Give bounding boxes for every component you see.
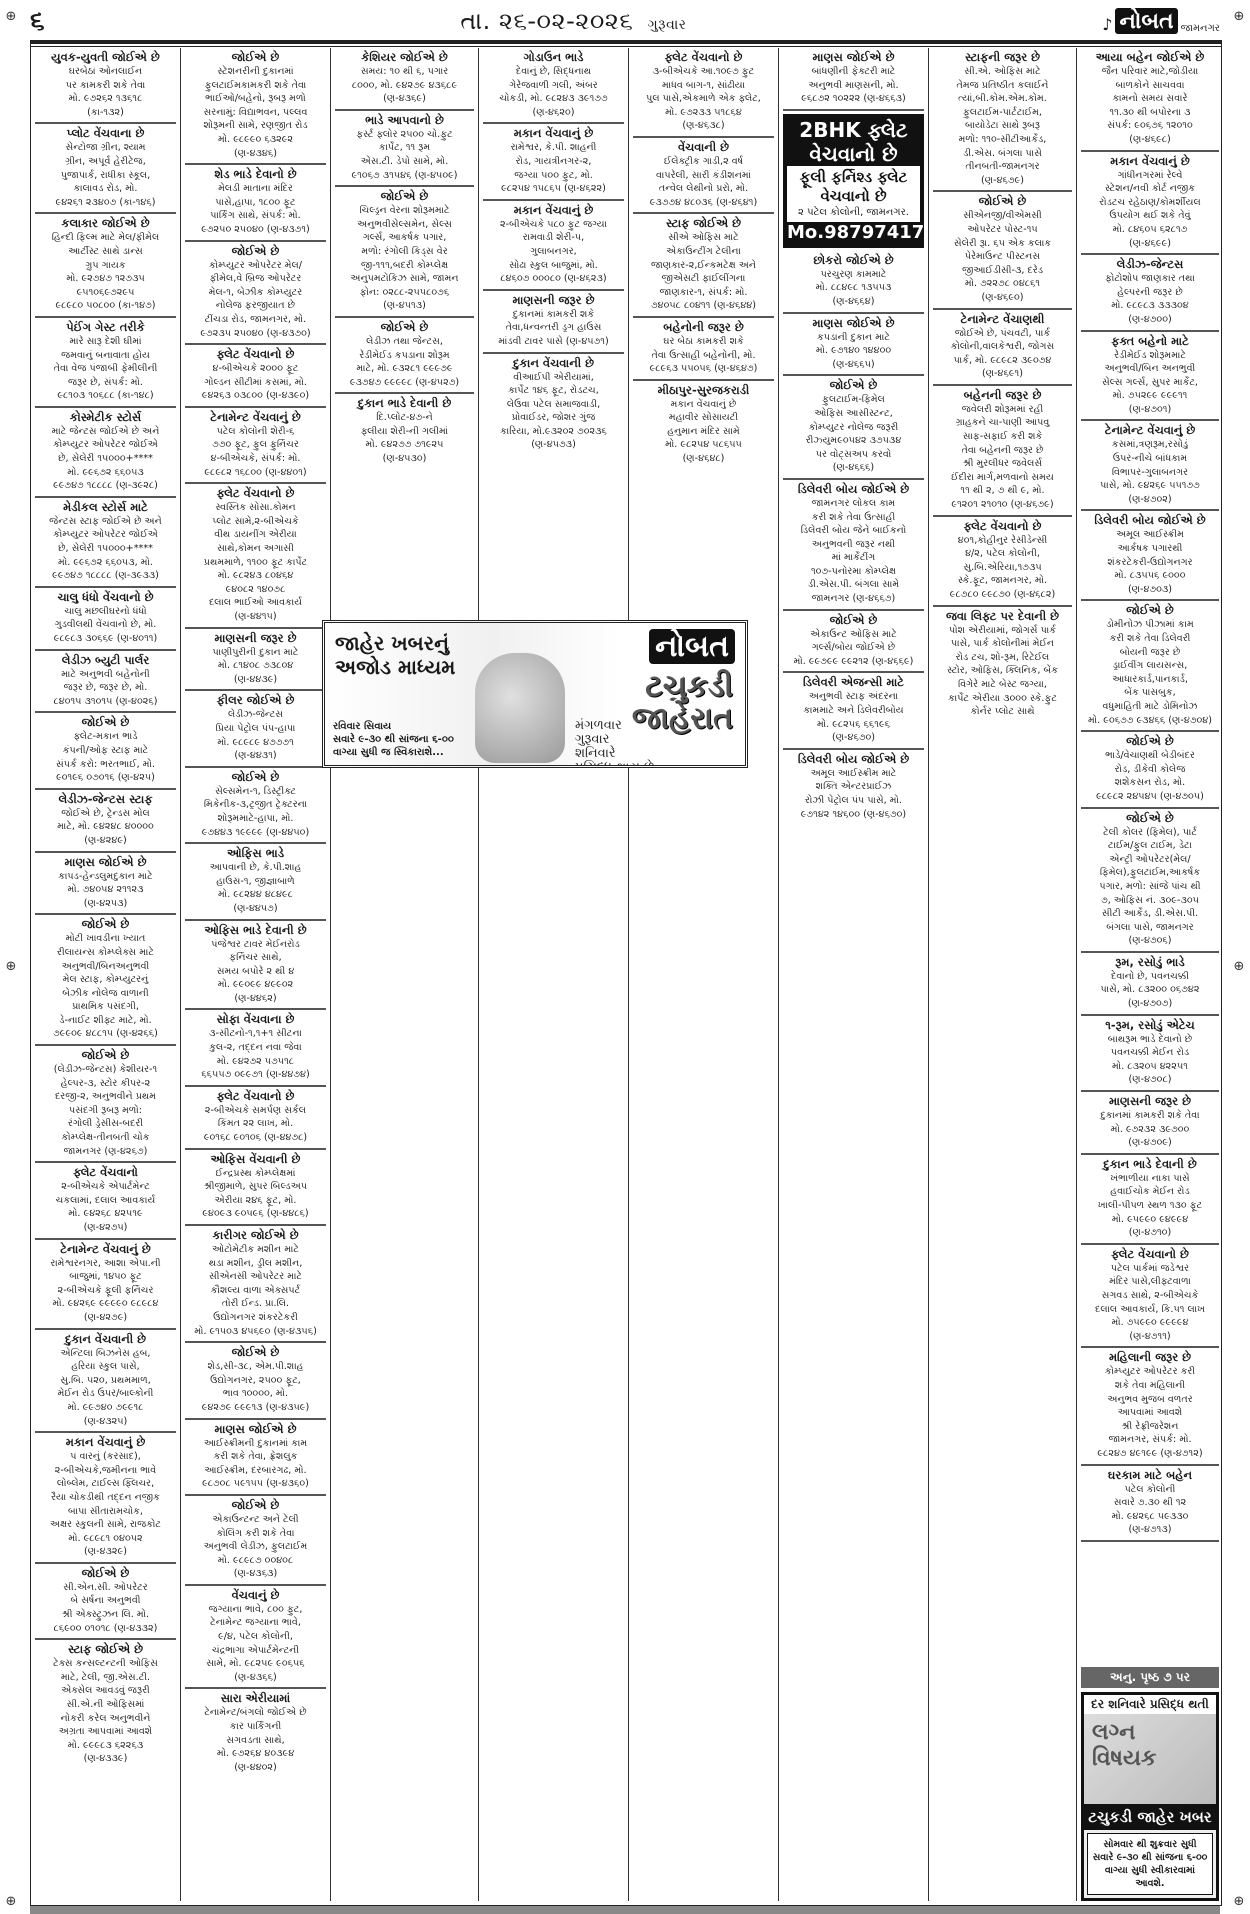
promo-title: લગ્ન વિષયક [1092, 1720, 1157, 1772]
ad-title: જોઈએ છે [35, 1566, 176, 1581]
classified-ad: જોઈએ છે સ્ટેશનરીની દુકાનમાં ફુલટાઈમકામકર… [185, 48, 326, 165]
classified-ad: ચાલુ ધંધો વેંચવાનો છે ચાલુ મછલીઘરનો ધંધો… [35, 588, 176, 651]
classified-ad: ડિલેવરી એજન્સી માટે અનુભવી સ્ટાફ અંદરના … [783, 673, 924, 749]
ad-body: વીઆઈપી એરીયામાં, કાર્પેટ ૧૪૬ ફૂટ, રોડટચ,… [483, 371, 624, 453]
classified-ad: છોકરો જોઈએ છે પરચુરણ કામમાટે મો. ૮૮૪૯૮ ૧… [783, 251, 924, 314]
ad-title: ફ્લેટ વેંચવાનો [35, 1165, 176, 1180]
ad-body: માટે જેન્ટસ જોઈએ છે અને કોમ્પ્યુટર ઓપરેટ… [35, 425, 176, 493]
ad-body: શેડ,સી-૩૮, એમ.પી.શાહ ઉદ્યોગનગર, ૨૫૦૦ ફૂટ… [185, 1360, 326, 1414]
ad-body: લેડીઝ તથા જેન્ટસ, રેડીમેઈડ કપડાના શોરૂમ … [335, 335, 474, 389]
ad-body: દેવાનું છે, સિદ્ધનાથ ગેરેજવાળી ગલી, અંબર… [483, 65, 624, 119]
ad-body: ઘરબેઠા ઓનલાઈન પર કામકરી શકે તેવા મો. ૯૭૨… [35, 65, 176, 119]
ad-title: ફીલર જોઈએ છે [185, 693, 326, 708]
ad-title: લેડીઝ બ્યુટી પાર્લર [35, 653, 176, 668]
ad-body: આઈસ્ક્રીમની દુકાનમાં કામ કરી શકે તેવા, ફ… [185, 1437, 326, 1491]
ad-body: જોઈએ છે, પંચવટી, પાર્ક કોલોની,વાલકેશ્વરી… [933, 327, 1072, 381]
classified-ad: માણસની જરૂર છે દુકાનમાં કામકરી શકે તેવા … [1081, 1092, 1219, 1155]
ad-body: સી.એ. ઓફિસ માટે તેમજ પ્રતિષ્ઠીત કલાઈને ત… [933, 65, 1072, 187]
ad-title: જોઈએ છે [185, 770, 326, 785]
classified-ad: બહેનની જરૂર છે જવેલરી શોરૂમમાં રહી ગ્રાહ… [933, 386, 1072, 517]
ad-title: કારીગર જોઈએ છે [185, 1228, 326, 1243]
classified-ad: જોઈએ છે ડોમીનોઝ પીઝામાં કામ કરી શકે તેવા… [1081, 601, 1219, 732]
ad-body: કોમ્પ્યુટર ઓપરેટર મેલ/ ફીમેલ,વે બ્રિજ ઓપ… [185, 259, 326, 341]
ad-body: રામેશ્વરનગર, આશા એપા.ની બાજુમાં, ૧૪૫૦ ફૂ… [35, 1257, 176, 1325]
classified-ad: રૂમ, રસોડું ભાડે દેવાનો છે, પવનચક્કી પાસ… [1081, 953, 1219, 1016]
ad-title: આયા બહેન જોઈએ છે [1081, 50, 1219, 65]
ad-body: (લેડીઝ-જેન્ટસ) કેશીયર-૧ હેલ્પર-૩, સ્ટોર … [35, 1063, 176, 1158]
ad-title: માણસની જરૂર છે [185, 631, 326, 646]
ad-body: જગ્યાના ભાવે, ૮૦૦ ફુટ, ટેનામેન્ટ જગ્યાના… [185, 1603, 326, 1685]
column-1: યુવક-યુવતી જોઈએ છે ઘરબેઠા ઓનલાઈન પર કામક… [31, 48, 181, 1901]
classified-ad: જોઈએ છે એકાઉન્ટ ઓફિસ માટે ગર્લ્સ/બોય જોઈ… [783, 611, 924, 674]
ad-body: સીએનજી/વીએમસી ઓપરેટર પોસ્ટ-૧૫ સેલેરી રૂા… [933, 209, 1072, 304]
footer-bar [30, 1906, 1220, 1914]
ad-body: સમય: ૧૦ થી ૬, પગાર ૮૦૦૦, મો. ૯૪૨૭૯ ૪૩૬૮૯… [335, 65, 474, 106]
ad-title: દુકાન વેંચવાની છે [483, 356, 624, 371]
ad-title: બહેનોની જરૂર છે [633, 320, 774, 335]
classified-ad: ૧-રૂમ, રસોડું એટેચ બાથરૂમ ભાડે દેવાનો છે… [1081, 1016, 1219, 1092]
classified-ad: જોઈએ છે ભાડે/વેચાણથી બેડીબંદર રોડ, ડીકેવ… [1081, 732, 1219, 808]
ad-body: માટે અનુભવી બહેનોની જરૂર છે, જરૂર છે, મો… [35, 668, 176, 709]
ad-title: ડિલેવરી બોય જોઈએ છે [1081, 513, 1219, 528]
ad-body: અનુભવી સ્ટાફ અંદરના કામમાટે અને ડિલેવરીબ… [783, 690, 924, 744]
crop-mark-icon: ⊕ [1232, 960, 1246, 974]
ad-title: મીઠાપુર-સુરજકરાડી [633, 383, 774, 398]
page-number: ૬ [30, 6, 45, 37]
classified-ad: મકાન વેંચવાનું છે ગાંધીનગરમાં રેલ્વે સ્ટ… [1081, 152, 1219, 256]
newspaper-logo: ♪ નોબત જામનગર [1102, 8, 1220, 34]
ad-body: હિન્દી ફિલ્મ માટે મેલ/ફીમેલ આર્ટીસ્ટ સાથ… [35, 231, 176, 313]
classified-ad: દુકાન વેંચવાની છે એન્ટિલા બિઝનેસ હબ, હરિ… [35, 1330, 176, 1434]
ad-title: જોઈએ છે [933, 194, 1072, 209]
ad-title: જોઈએ છે [1081, 811, 1219, 826]
ad-body: જવેલરી શોરૂમમાં રહી ગ્રાહકને ચા-પાણી આપવ… [933, 403, 1072, 512]
classified-ad: લેડીઝ-જેન્ટસ સ્ટાફ જોઈએ છે, ટ્રેન્ડસ મોલ… [35, 790, 176, 853]
ad-body: ઈન્દ્રપ્રસ્થ કોમ્પ્લેક્ષમાં શ્રીજીમાળે, … [185, 1167, 326, 1221]
ad-title: લેડીઝ-જેન્ટસ [1081, 257, 1219, 272]
classified-ad: પ્લોટ વેંચવાના છે સેન્ટોજા ગ્રીન, શ્યામ … [35, 124, 176, 214]
ad-body: મકાન વેંચવાનું છે મહાવીર સોસાયટી હનુમાન … [633, 398, 774, 466]
ad-title: દુકાન ભાડે દેવાની છે [335, 396, 474, 411]
classified-ad: ફ્લેટ વેંચવાનો છે ૪૦૧,કોહીનુર રેસીડેન્સી… [933, 517, 1072, 607]
ad-body: ફુલટાઈમ-ફિમેલ ઓફિસ આસીસ્ટન્ટ, કોમ્પ્યુટર… [783, 393, 924, 475]
classified-ad: કેશિયર જોઈએ છે સમય: ૧૦ થી ૬, પગાર ૮૦૦૦, … [335, 48, 474, 111]
classified-ad: ફીલર જોઈએ છે લેડીઝ-જેન્ટસ પ્રિયા પેટ્રોલ… [185, 691, 326, 767]
ad-title: દુકાન ભાડે દેવાની છે [1081, 1157, 1219, 1172]
ad-body: બાથરૂમ ભાડે દેવાનો છે પવનચક્કી મેઈન રોડ … [1081, 1033, 1219, 1087]
ad-title: ડિલેવરી એજન્સી માટે [783, 675, 924, 690]
ad-body: દુકાનમાં કામકરી શકે તેવા,ધન્વન્તરી ડ્રગ … [483, 308, 624, 349]
classified-ad: જોઈએ છે કોમ્પ્યુટર ઓપરેટર મેલ/ ફીમેલ,વે … [185, 242, 326, 346]
ad-title: મેડીકલ સ્ટોર્સ માટે [35, 500, 176, 515]
ad-title: જોઈએ છે [35, 917, 176, 932]
matrimonial-promo: દર શનિવારે પ્રસિદ્ધ થતીલગ્ન વિષયકટચુકડી … [1081, 1692, 1219, 1901]
ad-body: સ્વસ્તિક સોસા.કોમન પ્લોટ સામે,૨-બીએચકે વ… [185, 501, 326, 623]
ad-title: ઓફિસ ભાડે દેવાની છે [185, 923, 326, 938]
classified-ad: કારીગર જોઈએ છે ઓટોમેટીક મશીન માટે થડા મશ… [185, 1226, 326, 1343]
ad-body: ઓટોમેટીક મશીન માટે થડા મશીન, ડ્રીલ મશીન,… [185, 1243, 326, 1338]
ad-title: કેશિયર જોઈએ છે [335, 50, 474, 65]
ad-body: પાણીપુરીની દુકાન માટે મો. ૮૧૪૦૮ ૭૩૮૦૪ (ણ… [185, 646, 326, 687]
ad-title: માણસની જરૂર છે [1081, 1094, 1219, 1109]
ad-title: પ્લોટ વેંચવાના છે [35, 126, 176, 141]
continued-on-page: અનુ. પૃષ્ઠ ૭ પર [1081, 1667, 1219, 1688]
ad-title: મહિલાની જરૂર છે [1081, 1350, 1219, 1365]
classified-ad: જોઈએ છે મોટી ખાવડીના ખ્યાત રીલાયન્સ કોમ્… [35, 915, 176, 1046]
promo-band: ટચુકડી જાહેર ખબર [1084, 1804, 1216, 1830]
classified-ad: સ્ટાફ જોઈએ છે ટેક્સ કન્સલ્ટન્ટની ઓફિસ મા… [35, 1640, 176, 1769]
ad-body: ૨-બીએચકે એપાર્ટમેન્ટ ચકલામાં, દલાલ આવકાર… [35, 1180, 176, 1234]
ad-body: એન્ટિલા બિઝનેસ હબ, હરિયા સ્કુલ પાસે, સુ.… [35, 1347, 176, 1429]
ad-title: મકાન વેંચવાનું છે [1081, 154, 1219, 169]
classified-ad: ટેનામેન્ટ વેંચવાનું છે કસમાં,ત્રણરૂમ,રસો… [1081, 421, 1219, 511]
ad-title: વેંચવાનું છે [185, 1588, 326, 1603]
crop-mark-icon: ⊕ [1232, 10, 1246, 24]
ad-body: ટેક્સ કન્સલ્ટન્ટની ઓફિસ માટે, ટેલી, જી.એ… [35, 1657, 176, 1766]
classified-ad: મકાન વેંચવાનું છે પ વારનું (કરસાદ), ૨-બી… [35, 1433, 176, 1564]
ad-body: પટેલ કોલોની સવારે ૭.૩૦ થી ૧૨ મો. ૯૪૨૬૮ ૫… [1081, 1483, 1219, 1537]
featured-ad-headline: 2BHK ફ્લેટ વેચવાનો છે [787, 118, 920, 166]
ad-body: જૈન પરિવાર માટે,જોડીયા બાળકોને સાચવવા કા… [1081, 65, 1219, 147]
classified-ad: ડિલેવરી બોય જોઈએ છે અમૂલ આઈસ્ક્રીમ માટે … [783, 750, 924, 824]
classified-ad: માણસ જોઈએ છે કાપડ-હેન્ડલુમદુકાન માટે મો.… [35, 853, 176, 916]
ad-title: સ્ટાફ જોઈએ છે [35, 1642, 176, 1657]
weekday: ગુરૂવાર [647, 17, 686, 33]
classified-ad: ટેનામેન્ટ વેંચાણથી જોઈએ છે, પંચવટી, પાર્… [933, 310, 1072, 386]
ad-body: દુકાનમાં કામકરી શકે તેવા મો. ૯૭૨૩૨ ૩૯૭૦૦… [1081, 1109, 1219, 1150]
banner-tagline: જાહેર ખબરનું અજોડ માધ્યમ [335, 631, 455, 679]
classified-ad: જોઈએ છે સી.એન.સી. ઓપરેટર બે સર્ષના અનુભવ… [35, 1564, 176, 1640]
column-2: જોઈએ છે સ્ટેશનરીની દુકાનમાં ફુલટાઈમકામકર… [181, 48, 331, 1901]
ad-body: મારે સારૂ દેશી ઘીમાં જમવાનું બનાવાતા હોય… [35, 335, 176, 403]
ad-title: જોઈએ છે [185, 50, 326, 65]
ad-body: ફ્લેટ-મકાન ભાડે કંપની/ઓફ સ્ટાફ માટે સંપર… [35, 730, 176, 784]
ad-body: જેન્ટસ સ્ટાફ જોઈએ છે અને કોમ્પ્યુટર ઓપરે… [35, 515, 176, 583]
ad-body: દિ.પ્લોટ-૪૭-ને ફ્લીયા શેરી-ની ગલીમાં મો.… [335, 411, 474, 465]
classified-ad: ફ્લેટ વેંચવાનો છે ૩-બીએચકે આ.૧૦૯૭ ફુટ મા… [633, 48, 774, 138]
ad-title: લેડીઝ-જેન્ટસ સ્ટાફ [35, 792, 176, 807]
ad-body: જામનગર લોકલ કામ કરી શકે તેવા ઉત્સાહી ડિલ… [783, 497, 924, 606]
ad-body: ફોટોશોપ જાણકાર તથા હેલ્પરની જરૂર છે મો. … [1081, 272, 1219, 326]
ad-title: ઓફિસ ભાડે [185, 846, 326, 861]
ad-title: જોઈએ છે [185, 244, 326, 259]
ad-body: જોઈએ છે, ટ્રેન્ડસ મોલ માટે, મો. ૯૪૨૪૮ ૪૦… [35, 807, 176, 848]
ad-body: એકાઉન્ટ ઓફિસ માટે ગર્લ્સ/બોય જોઈએ છે મો.… [783, 628, 924, 669]
ad-body: ૪૦૧,કોહીનુર રેસીડેન્સી ૪/૨, પટેલ કોલોની,… [933, 534, 1072, 602]
ad-title: બહેનની જરૂર છે [933, 388, 1072, 403]
ad-body: ટેનામેન્ટ/બંગલો જોઈએ છે કાર પાર્કિંગની સ… [185, 1706, 326, 1774]
classified-ad: લેડીઝ બ્યુટી પાર્લર માટે અનુભવી બહેનોની … [35, 651, 176, 714]
promo-top: દર શનિવારે પ્રસિદ્ધ થતી [1084, 1695, 1216, 1714]
ad-title: છોકરો જોઈએ છે [783, 253, 924, 268]
classified-ad: જોઈએ છે સેલ્સમેન-૧, ડિસ્ટ્રીક્ટ મિકેનીક-… [185, 768, 326, 844]
classified-ad: સ્ટાફ જોઈએ છે સીએ ઓફિસ માટે એકાઉન્ટીંગ ટ… [633, 214, 774, 318]
ad-title: ડિલેવરી બોય જોઈએ છે [783, 482, 924, 497]
ad-title: ફ્લેટ વેંચવાનો છે [185, 486, 326, 501]
ad-body: ભાડે/વેચાણથી બેડીબંદર રોડ, ડીકેવી કોલેજ … [1081, 749, 1219, 803]
classified-ad: દુકાન વેંચવાની છે વીઆઈપી એરીયામાં, કાર્પ… [483, 354, 624, 456]
ad-title: ફ્લેટ વેંચવાનો છે [933, 519, 1072, 534]
classified-ad: માણસની જરૂર છે દુકાનમાં કામકરી શકે તેવા,… [483, 291, 624, 354]
ad-body: પરચુરણ કામમાટે મો. ૮૮૪૯૮ ૧૩૫૫૩ (ણ-૪૬૬૪) [783, 268, 924, 309]
classified-ad: ડિલેવરી બોય જોઈએ છે જામનગર લોકલ કામ કરી … [783, 480, 924, 611]
ad-body: પોશ એરીયામાં, જોગર્સ પાર્ક પાસે, પાર્ક ક… [933, 624, 1072, 719]
column-7: સ્ટાફની જરૂર છે સી.એ. ઓફિસ માટે તેમજ પ્ર… [929, 48, 1077, 1901]
ad-body: કાપડ-હેન્ડલુમદુકાન માટે મો. ૭૪૦૫૪ ૨૧૧૨૩ … [35, 870, 176, 911]
ad-body: ખંભાળીયા નાકા પાસે હવાઈચોક મેઈન રોડ ખાલી… [1081, 1172, 1219, 1240]
classified-ad: મહિલાની જરૂર છે કોમ્પ્યુટર ઓપરેટર કરી શક… [1081, 1348, 1219, 1465]
ad-body: ૨-બીએચકે ૫૮૦ ફુટ જગ્યા રામવાડી શેરી-૫, ગ… [483, 218, 624, 286]
classified-ad: ફ્લેટ વેંચવાનો છે પટેલ પાર્કમાં જડેશ્વર … [1081, 1245, 1219, 1349]
ad-body: ઈલેક્ટ્રીક ગાડી,૨ વર્ષ વાપરેલી, સારી કંડ… [633, 155, 774, 209]
ad-title: ટેનામેન્ટ વેંચાણથી [933, 312, 1072, 327]
ad-body: મેલડી માતાના મંદિર પાસે,હાપા, ૧૮૦૦ ફૂટ પ… [185, 182, 326, 236]
date: તા. ૨૬-૦૨-૨૦૨૬ [460, 7, 633, 35]
ad-title: ટેનામેન્ટ વેંચવાનું છે [35, 1242, 176, 1257]
ad-body: ચાલુ મછલીઘરનો ધંધો ગુડવીલથી વેંચવાનો છે,… [35, 605, 176, 646]
classified-ad: ફ્લેટ વેંચવાનો છે સ્વસ્તિક સોસા.કોમન પ્લ… [185, 484, 326, 628]
ad-title: ફ્લેટ વેંચવાનો છે [185, 1089, 326, 1104]
classified-ad: જોઈએ છે ટેલી કોલર (ફિમેલ), પાર્ટ ટાઈમ/ફુ… [1081, 809, 1219, 953]
classified-ad: ટેનામેન્ટ વેંચવાનું છે રામેશ્વરનગર, આશા … [35, 1240, 176, 1330]
classified-ad: ડિલેવરી બોય જોઈએ છે અમૂલ આઈસ્ક્રીમ આર્કષ… [1081, 511, 1219, 601]
ad-body: ૩-સીટનો-૧,૧+૧ સીટના કુલ-૨, તદ્દન નવા જેવ… [185, 1027, 326, 1081]
classified-ad: માણસ જોઈએ છે આઈસ્ક્રીમની દુકાનમાં કામ કર… [185, 1420, 326, 1496]
classified-ad: જવા લિફ્ટ પર દેવાની છે પોશ એરીયામાં, જોગ… [933, 607, 1072, 722]
classified-ad: જોઈએ છે શેડ,સી-૩૮, એમ.પી.શાહ ઉદ્યોગનગર, … [185, 1343, 326, 1419]
classified-ad: મેડીકલ સ્ટોર્સ માટે જેન્ટસ સ્ટાફ જોઈએ છે… [35, 498, 176, 588]
classified-ad: સોફા વેંચવાના છે ૩-સીટનો-૧,૧+૧ સીટના કુલ… [185, 1010, 326, 1086]
ad-body: ૨-બીએચકે સમર્પણ સર્કલ કિંમત ૨૨ લાખ, મો. … [185, 1104, 326, 1145]
ad-title: સ્ટાફની જરૂર છે [933, 50, 1072, 65]
ad-title: વેંચવાની છે [633, 140, 774, 155]
featured-flat-ad: 2BHK ફ્લેટ વેચવાનો છેફૂલી ફર્નિશ્ડ ફ્લેટ… [783, 114, 924, 248]
ad-body: દેવાનો છે, પવનચક્કી પાસે, મો. ૮૩૨૦૦ ૦૬૭૪… [1081, 970, 1219, 1011]
ad-title: ડિલેવરી બોય જોઈએ છે [783, 752, 924, 767]
classified-ad: સારા એરીયામાં ટેનામેન્ટ/બંગલો જોઈએ છે કા… [185, 1689, 326, 1777]
column-8: આયા બહેન જોઈએ છે જૈન પરિવાર માટે,જોડીયા … [1077, 48, 1223, 1901]
ad-title: ઘરકામ માટે બહેન [1081, 1468, 1219, 1483]
dateline: તા. ૨૬-૦૨-૨૦૨૬ ગુરૂવાર [460, 7, 686, 35]
classified-ad: મીઠાપુર-સુરજકરાડી મકાન વેંચવાનું છે મહાવ… [633, 381, 774, 469]
classified-ad: ટેનામેન્ટ વેંચવાનું છે પટેલ કોલોની શેરી-… [185, 408, 326, 484]
classified-ad: આયા બહેન જોઈએ છે જૈન પરિવાર માટે,જોડીયા … [1081, 48, 1219, 152]
ad-title: માણસ જોઈએ છે [783, 50, 924, 65]
classified-ad: ફક્ત બહેનો માટે રેડીમેઈડ શોરૂમમાટે અનુભવ… [1081, 332, 1219, 422]
ad-body: ટેલી કોલર (ફિમેલ), પાર્ટ ટાઈમ/ફુલ ટાઈમ, … [1081, 826, 1219, 948]
ad-body: સીએ ઓફિસ માટે એકાઉન્ટીંગ ટેલીના જાણકાર-૨… [633, 231, 774, 313]
crop-mark-icon: ⊕ [1232, 1895, 1246, 1909]
ad-title: પેઈંગ ગેસ્ટ તરીકે [35, 320, 176, 335]
ad-title: જોઈએ છે [783, 613, 924, 628]
classified-ad: ગોડાઉન ભાડે દેવાનું છે, સિદ્ધનાથ ગેરેજવા… [483, 48, 624, 124]
classified-ad: દુકાન ભાડે દેવાની છે ખંભાળીયા નાકા પાસે … [1081, 1155, 1219, 1245]
classified-ad: જોઈએ છે ફ્લેટ-મકાન ભાડે કંપની/ઓફ સ્ટાફ મ… [35, 713, 176, 789]
ad-title: ટેનામેન્ટ વેંચવાનું છે [1081, 423, 1219, 438]
ad-title: શેડ ભાડે દેવાનો છે [185, 167, 326, 182]
ad-title: ગોડાઉન ભાડે [483, 50, 624, 65]
featured-ad-address: ૨ પટેલ કોલોની, જામનગર. [789, 206, 918, 220]
classified-ad: જોઈએ છે ચિલ્ડ્રન વેરના શોરૂમમાટે અનુભવીસ… [335, 187, 474, 318]
classified-ad: મકાન વેંચવાનું છે રામેશ્વર, કે.પી. શાહની… [483, 124, 624, 200]
ad-body: એકાઉન્ટન્ટ અને ટેલી કોલિંગ કરી શકે તેવા … [185, 1513, 326, 1581]
ad-title: દુકાન વેંચવાની છે [35, 1332, 176, 1347]
ad-title: ફક્ત બહેનો માટે [1081, 334, 1219, 349]
ad-title: કલાકાર જોઈએ છે [35, 216, 176, 231]
ad-body: ૪-બીએચકે ૨૦૦૦ ફૂટ ગોલ્ડન સીટીમાં કસમાં, … [185, 362, 326, 403]
column-5: ફ્લેટ વેંચવાનો છે ૩-બીએચકે આ.૧૦૯૭ ફુટ મા… [629, 48, 779, 1901]
ad-title: કોસ્મેટીક સ્ટોર્સ [35, 410, 176, 425]
thumbs-up-icon [475, 653, 565, 763]
banner-days: મંગળવાર ગુરૂવાર શનિવારે પ્રસિદ્ધ થાય છે.… [575, 719, 667, 768]
featured-ad-phone: Mo.9879741728 [787, 222, 920, 244]
ad-title: જોઈએ છે [35, 1048, 176, 1063]
ad-body: કોમ્પ્યુટર ઓપરેટર કરી શકે તેવા મહિલાની અ… [1081, 1365, 1219, 1460]
ad-title: માણસ જોઈએ છે [783, 316, 924, 331]
classified-ad: દુકાન ભાડે દેવાની છે દિ.પ્લોટ-૪૭-ને ફ્લી… [335, 394, 474, 468]
ad-title: માણસ જોઈએ છે [35, 855, 176, 870]
featured-ad-line2: ફૂલી ફર્નિશ્ડ ફ્લેટ [789, 168, 918, 187]
classified-ad: જોઈએ છે એકાઉન્ટન્ટ અને ટેલી કોલિંગ કરી શ… [185, 1496, 326, 1586]
ad-title: જોઈએ છે [185, 1345, 326, 1360]
ad-body: પટેલ કોલોની શેરી-૬ ૭૭૦ ફૂટ, ફુલ ફુર્નિચર… [185, 425, 326, 479]
ad-title: જોઈએ છે [1081, 734, 1219, 749]
classifieds-grid: યુવક-યુવતી જોઈએ છે ઘરબેઠા ઓનલાઈન પર કામક… [30, 44, 1222, 1906]
banner-note: રવિવાર સિવાય સવારે ૯-૩૦ થી સાંજના ૬-૦૦ વ… [333, 720, 454, 759]
column-6: માણસ જોઈએ છે બાંધણીની ફેક્ટરી માટે અનુભવ… [779, 48, 929, 1901]
couple-illustration-icon: લગ્ન વિષયક [1084, 1714, 1216, 1804]
classified-ad: જોઈએ છે લેડીઝ તથા જેન્ટસ, રેડીમેઈડ કપડાન… [335, 318, 474, 394]
ad-title: સોફા વેંચવાના છે [185, 1012, 326, 1027]
ad-body: ગાંધીનગરમાં રેલ્વે સ્ટેશન/નવી કોર્ટ નજીક… [1081, 169, 1219, 251]
classified-ad: ઓફિસ ભાડે આપવાની છે, કે.પી.શાહ હાઉસ-૧, જ… [185, 844, 326, 920]
crop-mark-icon: ⊕ [4, 960, 18, 974]
ad-body: રામેશ્વર, કે.પી. શાહની રોડ, ગાયત્રીનગર-૨… [483, 141, 624, 195]
featured-ad-body: ફૂલી ફર્નિશ્ડ ફ્લેટવેચવાનો છે૨ પટેલ કોલો… [787, 166, 920, 222]
drummer-icon: ♪ [1102, 15, 1112, 34]
ad-body: ઘર બેઠા કામકરી શકે તેવા ઉત્સાહી બહેનોની,… [633, 335, 774, 376]
column-3: કેશિયર જોઈએ છે સમય: ૧૦ થી ૬, પગાર ૮૦૦૦, … [331, 48, 479, 1901]
ad-title: જવા લિફ્ટ પર દેવાની છે [933, 609, 1072, 624]
ad-body: રેડીમેઈડ શોરૂમમાટે અનુભવી/બિન અનભુવી સેલ… [1081, 349, 1219, 417]
classified-ad: કલાકાર જોઈએ છે હિન્દી ફિલ્મ માટે મેલ/ફીમ… [35, 214, 176, 318]
ad-body: ડોમીનોઝ પીઝામાં કામ કરી શકે તેવા ડિલેવરી… [1081, 618, 1219, 727]
promo-note: સોમવાર થી શુક્રવાર સુધી સવારે ૯-૩૦ થી સા… [1087, 1833, 1213, 1895]
ad-body: લેડીઝ-જેન્ટસ પ્રિયા પેટ્રોલ પંપ-હાપા મો.… [185, 708, 326, 762]
ad-body: અમૂલ આઈસ્ક્રીમ માટે શક્તિ એન્ટરપ્રાઈઝ રો… [783, 767, 924, 821]
ad-title: મકાન વેંચવાનું છે [483, 203, 624, 218]
ad-title: ચાલુ ધંધો વેંચવાનો છે [35, 590, 176, 605]
ad-title: ઓફિસ વેંચવાની છે [185, 1152, 326, 1167]
ad-body: કપડાની દુકાન માટે મો. ૯૭૧૪૦ ૧૪૪૦૦ (ણ-૪૬૬… [783, 331, 924, 372]
ad-title: મકાન વેંચવાનું છે [35, 1435, 176, 1450]
classified-ad: શેડ ભાડે દેવાનો છે મેલડી માતાના મંદિર પા… [185, 165, 326, 241]
classified-ad: બહેનોની જરૂર છે ઘર બેઠા કામકરી શકે તેવા … [633, 318, 774, 381]
ad-title: રૂમ, રસોડું ભાડે [1081, 955, 1219, 970]
classified-ad: જોઈએ છે સીએનજી/વીએમસી ઓપરેટર પોસ્ટ-૧૫ સે… [933, 192, 1072, 309]
classified-ad: ઘરકામ માટે બહેન પટેલ કોલોની સવારે ૭.૩૦ થ… [1081, 1466, 1219, 1542]
ad-title: ફ્લેટ વેંચવાનો છે [185, 347, 326, 362]
classified-ad: જોઈએ છે ફુલટાઈમ-ફિમેલ ઓફિસ આસીસ્ટન્ટ, કો… [783, 376, 924, 480]
logo-text: નોબત [1115, 8, 1177, 34]
classified-ad: લેડીઝ-જેન્ટસ ફોટોશોપ જાણકાર તથા હેલ્પરની… [1081, 255, 1219, 331]
classified-ad: ભાડે આપવાનો છે ફર્સ્ટ ફ્લોર ૨૫૦૦ ચો.ફુટ … [335, 111, 474, 187]
ad-body: બાંધણીની ફેક્ટરી માટે અનુભવી માણસની, મો.… [783, 65, 924, 106]
ad-body: મોટી ખાવડીના ખ્યાત રીલાયન્સ કોમ્પ્લેક્સ … [35, 932, 176, 1041]
ad-title: યુવક-યુવતી જોઈએ છે [35, 50, 176, 65]
ad-title: જોઈએ છે [35, 715, 176, 730]
ad-title: જોઈએ છે [185, 1498, 326, 1513]
classified-ad: જોઈએ છે (લેડીઝ-જેન્ટસ) કેશીયર-૧ હેલ્પર-૩… [35, 1046, 176, 1163]
ad-title: જોઈએ છે [335, 189, 474, 204]
masthead: ૬ તા. ૨૬-૦૨-૨૦૨૬ ગુરૂવાર ♪ નોબત જામનગર [30, 4, 1220, 38]
ad-title: જોઈએ છે [1081, 603, 1219, 618]
classified-ad: ઓફિસ ભાડે દેવાની છે પંજેશ્વર ટાવર મેઈનરો… [185, 921, 326, 1011]
classified-ad: યુવક-યુવતી જોઈએ છે ઘરબેઠા ઓનલાઈન પર કામક… [35, 48, 176, 124]
crop-mark-icon: ⊕ [4, 10, 18, 24]
ad-body: સેન્ટોજા ગ્રીન, શ્યામ ગ્રીન, અપૂર્વ હેરી… [35, 141, 176, 209]
classified-ad: વેંચવાનું છે જગ્યાના ભાવે, ૮૦૦ ફુટ, ટેના… [185, 1586, 326, 1690]
newspaper-page: ⊕ ⊕ ⊕ ⊕ ⊕ ⊕ ૬ તા. ૨૬-૦૨-૨૦૨૬ ગુરૂવાર ♪ ન… [0, 0, 1250, 1914]
ad-title: ટેનામેન્ટ વેંચવાનું છે [185, 410, 326, 425]
ad-title: ૧-રૂમ, રસોડું એટેચ [1081, 1018, 1219, 1033]
classified-ad: કોસ્મેટીક સ્ટોર્સ માટે જેન્ટસ જોઈએ છે અન… [35, 408, 176, 498]
logo-city: જામનગર [1181, 23, 1220, 34]
ad-title: ફ્લેટ વેંચવાનો છે [633, 50, 774, 65]
ad-title: માણસ જોઈએ છે [185, 1422, 326, 1437]
ad-body: સેલ્સમેન-૧, ડિસ્ટ્રીક્ટ મિકેનીક-૩,ટ્રજીત… [185, 785, 326, 839]
ad-body: ફર્સ્ટ ફ્લોર ૨૫૦૦ ચો.ફુટ કાર્પેટ, ૧૧ રૂમ… [335, 128, 474, 182]
ad-body: સી.એન.સી. ઓપરેટર બે સર્ષના અનુભવી શ્રી એ… [35, 1581, 176, 1635]
classified-ad: ફ્લેટ વેંચવાનો છે ૨-બીએચકે સમર્પણ સર્કલ … [185, 1087, 326, 1150]
ad-body: પટેલ પાર્કમાં જડેશ્વર મંદિર પાસે,લીફ્ટવા… [1081, 1262, 1219, 1344]
ad-body: અમૂલ આઈસ્ક્રીમ આર્કષક પગારથી શંકરટેકરી-ઉ… [1081, 528, 1219, 596]
ad-body: આપવાની છે, કે.પી.શાહ હાઉસ-૧, જીજ્ઞાબાળે … [185, 861, 326, 915]
classified-ad: માણસ જોઈએ છે બાંધણીની ફેક્ટરી માટે અનુભવ… [783, 48, 924, 111]
classified-ad: પેઈંગ ગેસ્ટ તરીકે મારે સારૂ દેશી ઘીમાં જ… [35, 318, 176, 408]
ad-title: ફ્લેટ વેંચવાનો છે [1081, 1247, 1219, 1262]
classified-ad: ફ્લેટ વેંચવાનો ૨-બીએચકે એપાર્ટમેન્ટ ચકલા… [35, 1163, 176, 1239]
ad-title: જોઈએ છે [783, 378, 924, 393]
classified-ad: વેંચવાની છે ઈલેક્ટ્રીક ગાડી,૨ વર્ષ વાપરે… [633, 138, 774, 214]
banner-brand: નોબત [649, 629, 735, 664]
classified-ad: મકાન વેંચવાનું છે ૨-બીએચકે ૫૮૦ ફુટ જગ્યા… [483, 201, 624, 291]
ad-body: પ વારનું (કરસાદ), ૨-બીએચકે,જમીનના ભાવે લ… [35, 1450, 176, 1559]
ad-title: માણસની જરૂર છે [483, 293, 624, 308]
classified-ad: ફ્લેટ વેંચવાનો છે ૪-બીએચકે ૨૦૦૦ ફૂટ ગોલ્… [185, 345, 326, 408]
classified-ad: માણસ જોઈએ છે કપડાની દુકાન માટે મો. ૯૭૧૪૦… [783, 314, 924, 377]
ad-body: પંજેશ્વર ટાવર મેઈનરોડ ફર્નિચર સાથે, સમય … [185, 938, 326, 1006]
ad-title: સ્ટાફ જોઈએ છે [633, 216, 774, 231]
ad-body: ૩-બીએચકે આ.૧૦૯૭ ફુટ માધવ બાગ-૧, સાંઢીયા … [633, 65, 774, 133]
ad-body: કસમાં,ત્રણરૂમ,રસોડું ઉપર-નીચે બાંધકામ વિ… [1081, 438, 1219, 506]
column-4: ગોડાઉન ભાડે દેવાનું છે, સિદ્ધનાથ ગેરેજવા… [479, 48, 629, 1901]
ad-body: ચિલ્ડ્રન વેરના શોરૂમમાટે અનુભવીસેલ્સમેન,… [335, 204, 474, 313]
house-ad-banner: જાહેર ખબરનું અજોડ માધ્યમ નોબત ટચુકડી જાહ… [322, 620, 748, 768]
classified-ad: સ્ટાફની જરૂર છે સી.એ. ઓફિસ માટે તેમજ પ્ર… [933, 48, 1072, 192]
classified-ad: માણસની જરૂર છે પાણીપુરીની દુકાન માટે મો.… [185, 629, 326, 692]
crop-mark-icon: ⊕ [4, 1895, 18, 1909]
featured-ad-line3: વેચવાનો છે [789, 187, 918, 206]
ad-body: સ્ટેશનરીની દુકાનમાં ફુલટાઈમકામકરી શકે તે… [185, 65, 326, 160]
ad-title: જોઈએ છે [335, 320, 474, 335]
ad-title: ભાડે આપવાનો છે [335, 113, 474, 128]
classified-ad: ઓફિસ વેંચવાની છે ઈન્દ્રપ્રસ્થ કોમ્પ્લેક્… [185, 1150, 326, 1226]
ad-title: સારા એરીયામાં [185, 1691, 326, 1706]
ad-title: મકાન વેંચવાનું છે [483, 126, 624, 141]
